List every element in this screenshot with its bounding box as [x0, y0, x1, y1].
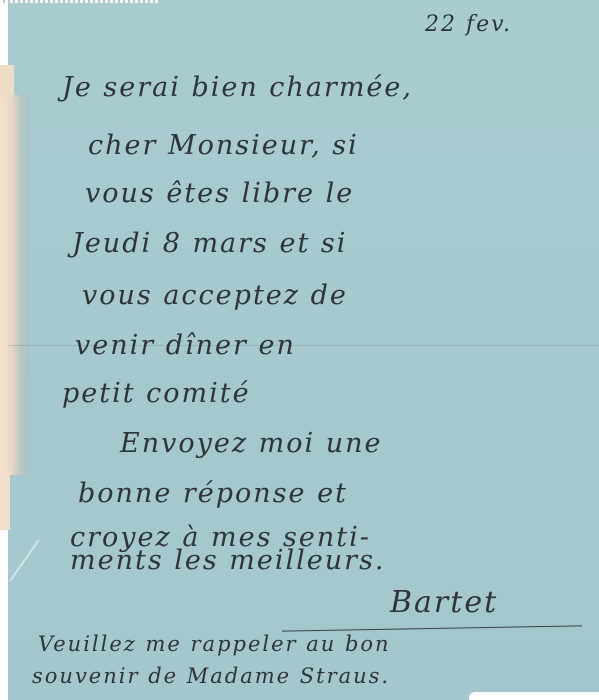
paper-tape-strip — [0, 95, 30, 475]
perforated-edge — [0, 0, 160, 3]
torn-bottom-edge — [469, 692, 599, 700]
letter-line: Envoyez moi une — [120, 428, 382, 459]
letter-line: bonne réponse et — [78, 478, 348, 509]
letter-line: petit comité — [62, 378, 251, 409]
letter-line: cher Monsieur, si — [88, 130, 359, 161]
signature: Bartet — [390, 585, 498, 620]
letter-line: Jeudi 8 mars et si — [72, 228, 347, 259]
letter-line: Je serai bien charmée, — [62, 72, 413, 103]
postscript-line: Veuillez me rappeler au bon — [38, 632, 391, 656]
letter-line: vous êtes libre le — [85, 178, 354, 209]
letter-date: 22 fev. — [425, 12, 512, 37]
tape-fragment-lower — [0, 470, 10, 530]
letter-line: venir dîner en — [75, 330, 296, 361]
letter-line: vous acceptez de — [82, 280, 348, 311]
postscript-line: souvenir de Madame Straus. — [32, 664, 390, 688]
letter-line: ments les meilleurs. — [70, 545, 386, 576]
